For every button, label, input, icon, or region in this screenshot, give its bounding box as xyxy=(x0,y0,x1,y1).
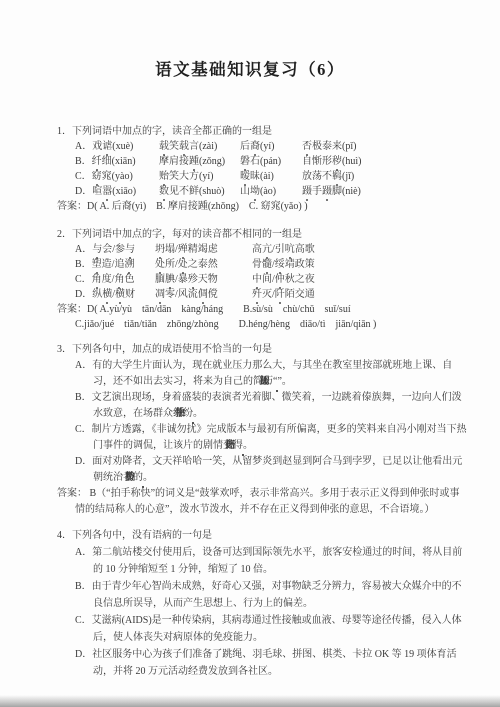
q1-option-b-item-1: B．纤细(xiān) xyxy=(75,154,159,169)
q4-option-d: D．社区服务中心为孩子们准备了跳绳、羽毛球、拼图、棋类、卡拉 OK 等 19 项… xyxy=(75,646,467,680)
question-2-answer-line-2: C.jiǎo/jué tiǎn/tiǎn zhōng/zhòng D.héng/… xyxy=(57,317,467,332)
question-1: 1．下列词语中加点的字，读音全都正确的一组是 A．戏谑(xuè) 载笑载言(zà… xyxy=(57,124,467,214)
question-4: 4．下列各句中，没有语病的一句是 A．第二航站楼交付使用后，设备可达到国际领先水… xyxy=(57,527,467,680)
question-3: 3．下列各句中，加点的成语使用不恰当的一句是 A．有的大学生片面认为，现在就业压… xyxy=(57,342,467,518)
q2-option-a-item-3: 高亢/引吭高歌 xyxy=(252,242,467,257)
document-body: 1．下列词语中加点的字，读音全都正确的一组是 A．戏谑(xuè) 载笑载言(zà… xyxy=(0,80,500,680)
document-page: 语文基础知识复习（6） 1．下列词语中加点的字，读音全都正确的一组是 A．戏谑(… xyxy=(0,0,500,707)
q2-option-b-item-1: B．塑造/追溯 xyxy=(75,257,155,272)
question-3-answer: 答案： B（“拍手称快”的词义是“鼓掌欢呼，表示非常高兴。多用于表示正义得到伸张… xyxy=(57,486,467,518)
question-2: 2．下列词语中加点的字，每对的读音都不相同的一组是 A．与会/参与 坍塌/殚精竭… xyxy=(57,227,467,332)
q3-option-b: B．文艺演出现场，身着盛装的表演者光着脚、微笑着，一边跳着傣族舞，一边向人们泼水… xyxy=(75,390,467,422)
q1-option-c-item-2: 贻笑大方(yí) xyxy=(159,169,240,184)
q1-option-c-item-4: 放荡不羁(jī) xyxy=(302,169,467,184)
q1-option-c-item-1: C．窈窕(yào) xyxy=(75,169,159,184)
q3-option-d: D．面对劝降者，文天祥哈哈一笑，从留梦炎到赵显到阿合马到孛罗，已足以让他看出元朝… xyxy=(75,454,467,486)
q4-option-b: B．由于青少年心智尚未成熟，好奇心又强，对事物缺乏分辨力，容易被大众媒介中的不良… xyxy=(75,578,467,612)
q1-option-d-item-2: 数见不鲜(shuò) xyxy=(159,184,240,199)
q2-option-d-item-1: D．纵横/横财 xyxy=(75,287,155,302)
q1-option-c-item-3: 暧昧(ài) xyxy=(240,169,302,184)
q1-option-d-item-4: 蹑手蹑脚(niè) xyxy=(302,184,467,199)
q2-option-c-item-1: C．角度/角色 xyxy=(75,272,155,287)
question-2-answer-line-1: 答案：D( A.yù/yù tān/dān kàng/háng B.sù/sù … xyxy=(57,302,467,317)
page-title: 语文基础知识复习（6） xyxy=(0,0,500,80)
q2-option-d-item-2: 凋零/风流倜傥 xyxy=(155,287,252,302)
q1-option-a-item-2: 载笑载言(zài) xyxy=(159,139,240,154)
question-2-stem: 2．下列词语中加点的字，每对的读音都不相同的一组是 xyxy=(57,227,467,242)
question-1-options: A．戏谑(xuè) 载笑载言(zài) 后裔(yí) 否极泰来(pǐ) B．纤细… xyxy=(75,139,467,199)
q4-option-a: A．第二航站楼交付使用后，设备可达到国际领先水平，旅客安检通过的时间，将从目前的… xyxy=(75,544,467,578)
q1-option-a-item-1: A．戏谑(xuè) xyxy=(75,139,159,154)
q2-option-d-item-3: 歼灭/阡陌交通 xyxy=(252,287,467,302)
q1-option-b-item-4: 自惭形秽(huì) xyxy=(302,154,467,169)
question-1-stem: 1．下列词语中加点的字，读音全都正确的一组是 xyxy=(57,124,467,139)
q2-option-a-item-2: 坍塌/殚精竭虑 xyxy=(155,242,252,257)
q3-option-c: C．制片方透露，《非诚勿扰》完成版本与最初有所偏离，更多的笑料来自冯小刚对当下热… xyxy=(75,422,467,454)
question-1-answer: 答案：D( A. 后裔(yì) B. 摩肩接踵(zhǒng) C. 窈窕(yǎo… xyxy=(57,199,467,214)
q4-option-c: C．艾滋病(AIDS)是一种传染病，其病毒通过性接触或血液、母婴等途径传播，侵入… xyxy=(75,612,467,646)
page-edge-shadow xyxy=(0,695,500,707)
q2-option-a-item-1: A．与会/参与 xyxy=(75,242,155,257)
q3-option-a: A．有的大学生片面认为，现在就业压力那么大，与其坐在教室里按部就班地上课、自习，… xyxy=(75,358,467,390)
q1-option-b-item-2: 摩肩接踵(zǒng) xyxy=(159,154,240,169)
q2-option-c-item-3: 中间/仲秋之夜 xyxy=(252,272,467,287)
q2-option-b-item-2: 处所/处之泰然 xyxy=(155,257,252,272)
q1-option-a-item-3: 后裔(yí) xyxy=(240,139,302,154)
question-2-options: A．与会/参与 坍塌/殚精竭虑 高亢/引吭高歌 B．塑造/追溯 处所/处之泰然 … xyxy=(75,242,467,302)
q1-option-a-item-4: 否极泰来(pǐ) xyxy=(302,139,467,154)
q1-option-b-item-3: 磐石(pán) xyxy=(240,154,302,169)
q2-option-c-item-2: 腼腆/暴殄天物 xyxy=(155,272,252,287)
question-4-stem: 4．下列各句中，没有语病的一句是 xyxy=(57,527,467,544)
question-3-stem: 3．下列各句中，加点的成语使用不恰当的一句是 xyxy=(57,342,467,358)
q1-option-d-item-3: 山坳(ào) xyxy=(240,184,302,199)
q2-option-b-item-3: 骨髓/绥靖政策 xyxy=(252,257,467,272)
q1-option-d-item-1: D．喧嚣(xiāo) xyxy=(75,184,159,199)
